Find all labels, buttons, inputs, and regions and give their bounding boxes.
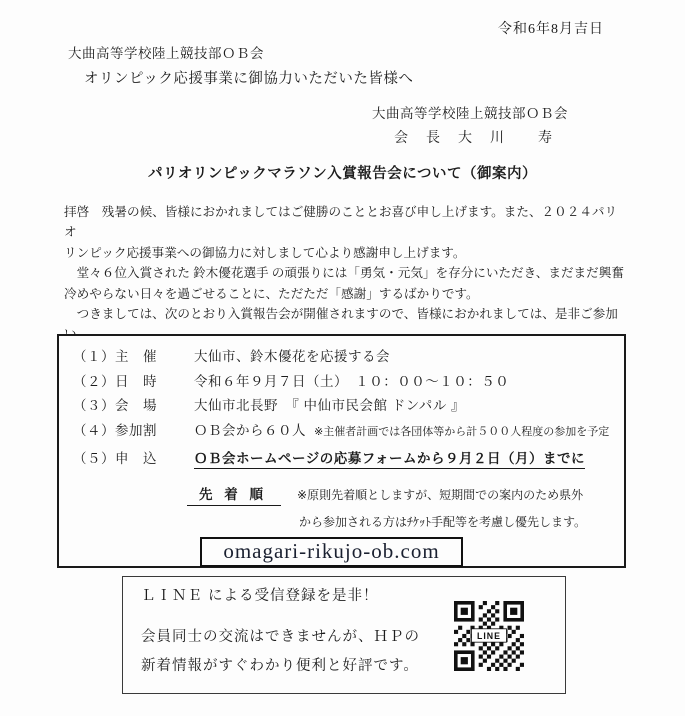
qr-finder-top-right [503, 601, 524, 622]
detail-value: 大仙市、鈴木優花を応援する会 [194, 345, 390, 365]
qr-finder-top-left [454, 601, 475, 622]
detail-label: （５）申 込 [73, 447, 194, 467]
first-come-note-continued: から参加される方はﾁｹｯﾄ手配等を考慮し優先します。 [299, 513, 624, 530]
first-come-row: 先 着 順 ※原則先着順としますが、短期間での案内のため県外 [187, 483, 624, 507]
detail-row-participants: （４）参加割 ＯＢ会から６０人 ※主催者計画では各団体等から計５００人程度の参加… [73, 419, 624, 444]
qr-finder-bottom-left [454, 650, 475, 671]
detail-label: （４）参加割 [73, 419, 194, 439]
detail-label: （１）主 催 [73, 345, 194, 365]
qr-center-label: LINE [472, 629, 507, 642]
recipient-line: オリンピック応援事業に御協力いただいた皆様へ [84, 67, 413, 88]
first-come-label: 先 着 順 [187, 483, 281, 506]
sender-organization: 大曲高等学校陸上競技部ＯＢ会 [372, 102, 568, 122]
detail-value: 令和６年９月７日（土） １０：００～１０：５０ [194, 370, 509, 390]
detail-note: ※主催者計画では各団体等から計５００人程度の参加を予定 [314, 423, 609, 439]
recipient-organization: 大曲高等学校陸上競技部ＯＢ会 [68, 42, 264, 62]
detail-row-datetime: （２）日 時 令和６年９月７日（土） １０：００～１０：５０ [73, 370, 624, 395]
detail-label: （３）会 場 [73, 394, 194, 414]
event-details-box: （１）主 催 大仙市、鈴木優花を応援する会 （２）日 時 令和６年９月７日（土）… [57, 334, 626, 568]
document-page: 令和6年8月吉日 大曲高等学校陸上競技部ＯＢ会 オリンピック応援事業に御協力いた… [0, 0, 685, 716]
detail-label: （２）日 時 [73, 370, 194, 390]
line-qr-code: LINE [454, 601, 524, 671]
detail-value: ＯＢ会から６０人 [194, 419, 306, 439]
sender-name: 会 長 大 川 寿 [394, 127, 554, 147]
line-registration-box: ＬＩＮＥ による受信登録を是非！ 会員同士の交流はできませんが、ＨＰの 新着情報… [122, 576, 566, 694]
document-date: 令和6年8月吉日 [498, 18, 604, 38]
detail-row-host: （１）主 催 大仙市、鈴木優花を応援する会 [73, 345, 624, 370]
detail-value-underlined: ＯＢ会ホームページの応募フォームから９月２日（月）までに [194, 447, 585, 469]
first-come-note: ※原則先着順としますが、短期間での案内のため県外 [297, 486, 583, 503]
svg-text:LINE: LINE [477, 631, 501, 641]
document-title: パリオリンピックマラソン入賞報告会について（御案内） [0, 162, 685, 183]
detail-value: 大仙市北長野 『 中仙市民会館 ドンパル 』 [194, 394, 465, 414]
ob-website-url: omagari-rikujo-ob.com [200, 537, 463, 567]
detail-row-venue: （３）会 場 大仙市北長野 『 中仙市民会館 ドンパル 』 [73, 394, 624, 419]
detail-row-application: （５）申 込 ＯＢ会ホームページの応募フォームから９月２日（月）までに [73, 447, 624, 472]
